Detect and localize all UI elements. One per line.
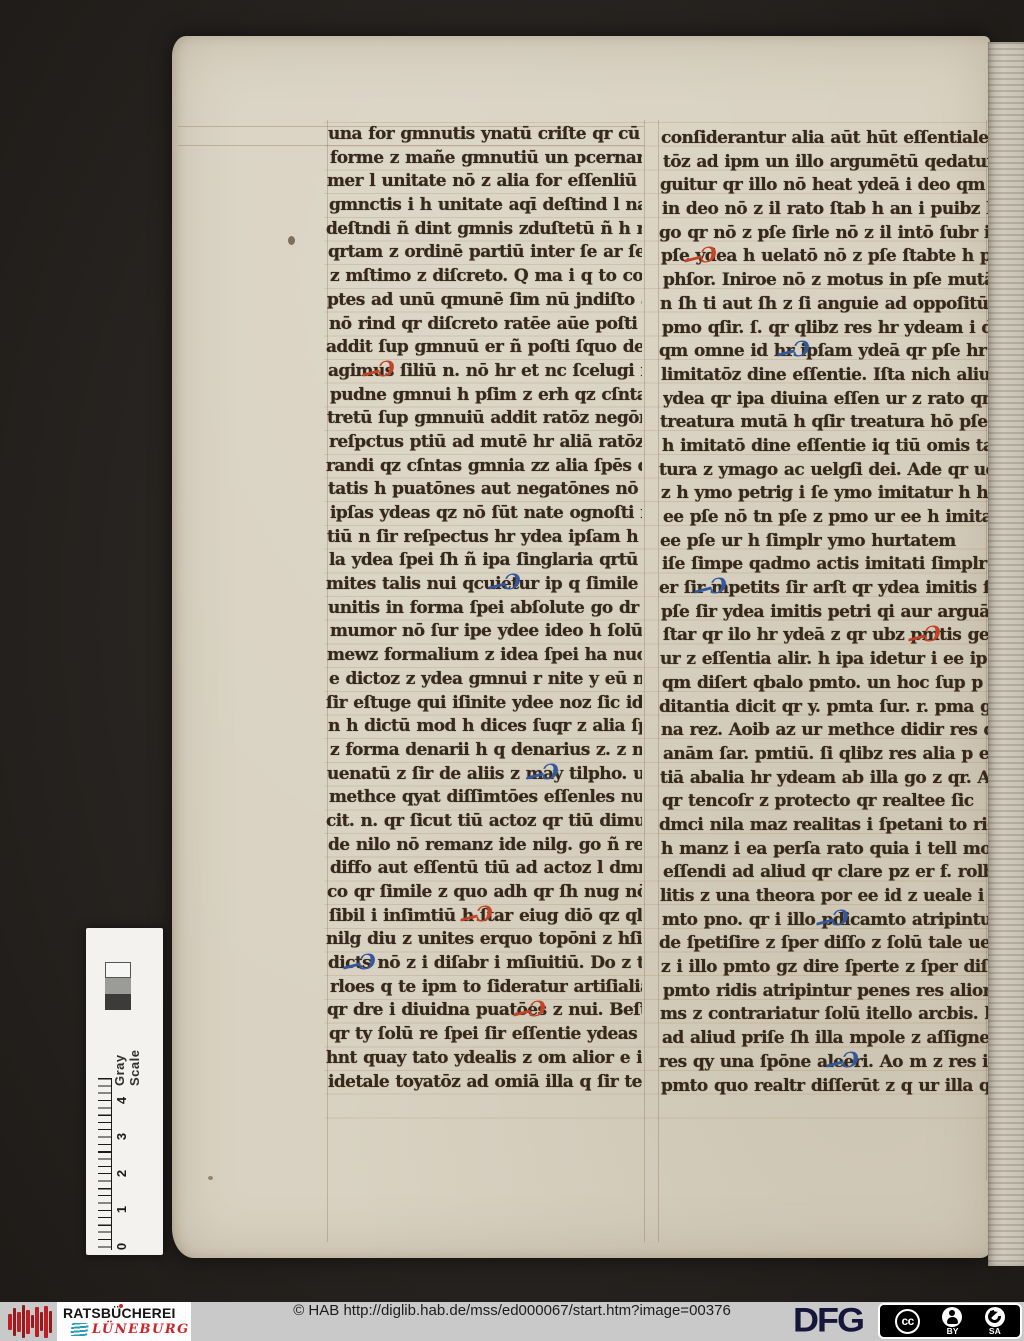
manuscript-line: pudne gmnui h pſim z erh qz cſntas dic xyxy=(330,385,642,409)
manuscript-line: z i illo pmto gz dire ſperte z ſper diſſ… xyxy=(661,957,990,981)
manuscript-line: treatura mutā h qſir treatura hō pſe ee xyxy=(660,412,990,436)
grayscale-squares xyxy=(105,962,131,1010)
manuscript-line: dmci nila maz realitas i ſpetani to ridi… xyxy=(659,815,990,839)
manuscript-line: h manz i ea perſa rato quia i tell modus xyxy=(661,839,990,863)
paraph-mark: Ɔ xyxy=(503,571,522,593)
manuscript-line: tretū ſup gmnuiū addit ratōz negōma ar xyxy=(327,408,642,432)
manuscript-line: z forma denarii h q denarius z. z no ue xyxy=(330,740,642,764)
manuscript-line: pmo qſir. ſ. qr qlibz res hr ydeam i deo xyxy=(662,318,990,342)
paraph-mark: Ɔ xyxy=(528,998,547,1020)
parchment-speck xyxy=(208,1176,213,1180)
manuscript-line: ee pſe ur h ſimplr ymo hurtatem xyxy=(660,531,990,555)
library-bars-icon xyxy=(4,1304,56,1339)
wave-icon xyxy=(70,1323,89,1336)
manuscript-line: qm diſert qbalo pmto. un hoc ſup p xyxy=(662,673,990,697)
manuscript-line: qr dre i diuidna puatōes z nui. Beſtar xyxy=(327,1000,642,1024)
paraph-mark: Ɔ xyxy=(831,907,850,929)
grayscale-label: Gray Scale xyxy=(112,1016,142,1086)
manuscript-line: mites talis nui qcuietur ip q ſimile int… xyxy=(326,574,642,598)
parchment-speck xyxy=(288,236,295,245)
manuscript-line: qrtam z ordinē partiū inter ſe ar ſe hmā xyxy=(328,242,642,266)
manuscript-line: tiū n ſir reſpectus hr ydea ipſam h ſo xyxy=(327,527,642,551)
manuscript-line: diffo aut eſſentū tiū ad actoz l dmnimic xyxy=(330,858,642,882)
library-name: RATSBÜCHEREI xyxy=(63,1305,191,1321)
manuscript-line: phſor. Iniroe nō z motus in pſe mutā xyxy=(663,270,990,294)
manuscript-line: n h dictū mod h dices ſuqr z alia ſpēs xyxy=(328,716,642,740)
paraph-mark: Ɔ xyxy=(923,623,942,645)
cc-license-badge: cc BY SA xyxy=(878,1303,1022,1339)
paraph-mark: Ɔ xyxy=(474,903,493,925)
manuscript-line: ipſas ydeas qz nō ſūt nate ognoſti ñ p h… xyxy=(330,503,642,527)
ruler-number: 4 xyxy=(114,1096,129,1103)
manuscript-line: na rez. Aoib az ur methce didir res qr xyxy=(661,720,990,744)
manuscript-line: una for gmnutis ynatū criſte qr cū z deſ… xyxy=(328,124,642,148)
manuscript-line: pmto quo realtr diſſerūt z q ur illa q t… xyxy=(661,1076,990,1100)
manuscript-line: mumor nō ſur ipe ydee ideo h ſolū nu xyxy=(330,621,642,645)
manuscript-line: conſiderantur alia aūt hūt eſſentiale cō… xyxy=(661,128,990,152)
manuscript-line: la ydea ſpei ſh ñ ipa ſinglaria qrtū qui… xyxy=(329,550,642,574)
manuscript-line: mer l unitate nō z alia for eſſenliū qr … xyxy=(327,171,642,195)
library-city: LÜNEBURG xyxy=(92,1322,190,1337)
next-page-edge xyxy=(988,42,1024,1266)
manuscript-line: ur z eſſentia alir. h ipa idetur i ee ip xyxy=(660,649,990,673)
manuscript-line: nō rind qr diſcreto ratēe aūe poſti qd xyxy=(329,314,642,338)
dfg-logo: DFG xyxy=(793,1300,863,1340)
manuscript-line: ee pſe nō tn pſe z pmo ur ee h imitats xyxy=(663,507,990,531)
manuscript-line: h imitatō dine eſſentie iq tiū omis ta xyxy=(662,436,990,460)
manuscript-line: idetale toyatōz ad omiā illa q ſir te ip xyxy=(328,1072,642,1096)
manuscript-line: gmnctis i h unitate aqī deſtind l nate ſ… xyxy=(329,195,642,219)
text-column-right: conſiderantur alia aūt hūt eſſentiale cō… xyxy=(661,128,990,1099)
paraph-mark: Ɔ xyxy=(791,338,810,360)
paraph-mark: Ɔ xyxy=(699,244,718,266)
grayscale-card: Gray Scale 01234 xyxy=(86,928,163,1255)
manuscript-line: ad aliud priſe ſh illa mpole z aſſigne a… xyxy=(662,1028,990,1052)
manuscript-line: ydea qr ipa diuina eſſen ur z rato qm ip… xyxy=(663,389,990,413)
grayscale-square xyxy=(105,994,131,1010)
copyright-text: © HAB http://diglib.hab.de/mss/ed000067/… xyxy=(293,1302,731,1341)
manuscript-line: tōz ad ipm un illo argumētū qedatur qr a… xyxy=(663,152,990,176)
manuscript-line: qm omne id hr ipſam ydeā qr pſe hr ee p xyxy=(659,341,990,365)
ruler-number: 0 xyxy=(114,1243,129,1250)
manuscript-line: n ſh ti aut ſh z ſi anguie ad oppoſitū xyxy=(660,294,990,318)
manuscript-line: in deo nō z il rato ſtab h an i puibz lo… xyxy=(662,199,990,223)
ruler: 01234 xyxy=(98,1078,148,1250)
manuscript-line: methce qyat diſſimtōes eſſenles nug di xyxy=(329,787,642,811)
manuscript-line: eſſendi ad aliud qr clare pz er f. rolbz… xyxy=(663,862,990,886)
paraph-mark: Ɔ xyxy=(377,358,396,380)
manuscript-line: uenatū z ſir de aliis z may tilpho. uln. xyxy=(327,764,642,788)
paraph-mark: Ɔ xyxy=(709,575,728,597)
cc-icon: cc xyxy=(895,1309,920,1334)
ruler-number: 3 xyxy=(114,1133,129,1140)
manuscript-line: ptes ad unū qmunē ſim nū jndiſto ar xyxy=(327,290,642,314)
ruler-number: 1 xyxy=(114,1206,129,1213)
footer-bar: RATSBÜCHEREI LÜNEBURG © HAB http://digli… xyxy=(0,1302,1024,1341)
manuscript-line: z mſtimo z diſcreto. Q ma i q to coplatū xyxy=(330,266,642,290)
library-logo: RATSBÜCHEREI LÜNEBURG xyxy=(57,1302,191,1341)
cc-sa-icon xyxy=(985,1307,1005,1327)
manuscript-line: ditantia dicit qr y. pmta ſur. r. pma ge xyxy=(659,697,990,721)
grayscale-square xyxy=(105,962,131,978)
manuscript-line: e dictoz z ydea gmnui r nite y eū nulla … xyxy=(329,669,642,693)
manuscript-line: limitatōz dine eſſentie. Iſta nich aliud… xyxy=(661,365,990,389)
manuscript-line: forme z mañe gmnutiū un pcernarū nu xyxy=(330,148,642,172)
manuscript-line: unitis in forma ſpei abſolute go dr qr xyxy=(328,598,642,622)
manuscript-page: una for gmnutis ynatū criſte qr cū z deſ… xyxy=(172,36,990,1258)
grayscale-square xyxy=(105,978,131,994)
scan-background: una for gmnutis ynatū criſte qr cū z deſ… xyxy=(0,0,1024,1341)
umlaut-dot xyxy=(119,1304,123,1308)
manuscript-line: hnt quay tato ydealis z om alior e in xyxy=(326,1048,642,1072)
manuscript-line: mewz formalium z idea ſpei ha nuoz ip xyxy=(327,645,642,669)
cc-sa-label: SA xyxy=(989,1327,1001,1336)
manuscript-line: res qy una ſpōne aleeri. Ao m z res in xyxy=(659,1052,990,1076)
manuscript-line: addit ſup gmnuū er ñ poſti ſquo deſni xyxy=(326,337,642,361)
manuscript-line: reſpctus ptiū ad mutē hr aliā ratōz mſti xyxy=(329,432,642,456)
column-rule xyxy=(644,120,645,1242)
manuscript-line: anām ſar. pmtiū. ſi qlibz res alia p eſſ… xyxy=(663,744,990,768)
manuscript-line: pmto ridis atripintur penes res alior xyxy=(663,981,990,1005)
cc-by-icon xyxy=(942,1307,962,1327)
cc-by-label: BY xyxy=(947,1327,959,1336)
manuscript-line: litis z una theora por ee id z ueale i h xyxy=(660,886,990,910)
ruler-numbers: 01234 xyxy=(118,1078,138,1250)
manuscript-line: ſir eſtuge qui iſinite ydee noz ſic ideo xyxy=(326,693,642,717)
ruler-number: 2 xyxy=(114,1170,129,1177)
manuscript-line: qr tencoſr z protecto qr realtee ſic xyxy=(662,791,990,815)
text-column-left: una for gmnutis ynatū criſte qr cū z deſ… xyxy=(328,124,642,1095)
paraph-mark: Ɔ xyxy=(358,951,377,973)
manuscript-line: de nilo nō remanz ide nilg. go ñ remaz xyxy=(328,835,642,859)
manuscript-line: randi qz cſntas gmnia zz alia ſpēs qrtū xyxy=(326,456,642,480)
manuscript-line: cit. n. qr ſicut tiū actoz qr tiū dimuic… xyxy=(326,811,642,835)
manuscript-line: tiā abalia hr ydeam ab illa go z qr. Add xyxy=(660,768,990,792)
paraph-mark: Ɔ xyxy=(841,1049,860,1071)
paraph-mark: Ɔ xyxy=(540,761,559,783)
ruler-ticks xyxy=(98,1078,112,1250)
manuscript-line: qr ty ſolū re ſpei ſir eſſentie ydeas id… xyxy=(329,1024,642,1048)
manuscript-line: tatis h puatōnes aut negatōnes nō hr xyxy=(328,479,642,503)
manuscript-line: guitur qr illo nō heat ydeā i deo qm yde… xyxy=(660,175,990,199)
manuscript-line: de ſpetiſire z ſper diſſo z ſolū tale ue… xyxy=(659,933,990,957)
manuscript-line: deſtndi ñ dint gmnis zduſtetū ñ h rīn xyxy=(326,219,642,243)
manuscript-line: z h ymo petrig i ſe ymo imitatur h hear xyxy=(661,483,990,507)
manuscript-line: ms z contrariatur ſolū itello arcbis. l … xyxy=(660,1004,990,1028)
manuscript-line: rloes q te ipm to ſideratur artiſialia xyxy=(330,977,642,1001)
manuscript-line: tura z ymago ac uelgſi dei. Ade qr uez xyxy=(659,460,990,484)
